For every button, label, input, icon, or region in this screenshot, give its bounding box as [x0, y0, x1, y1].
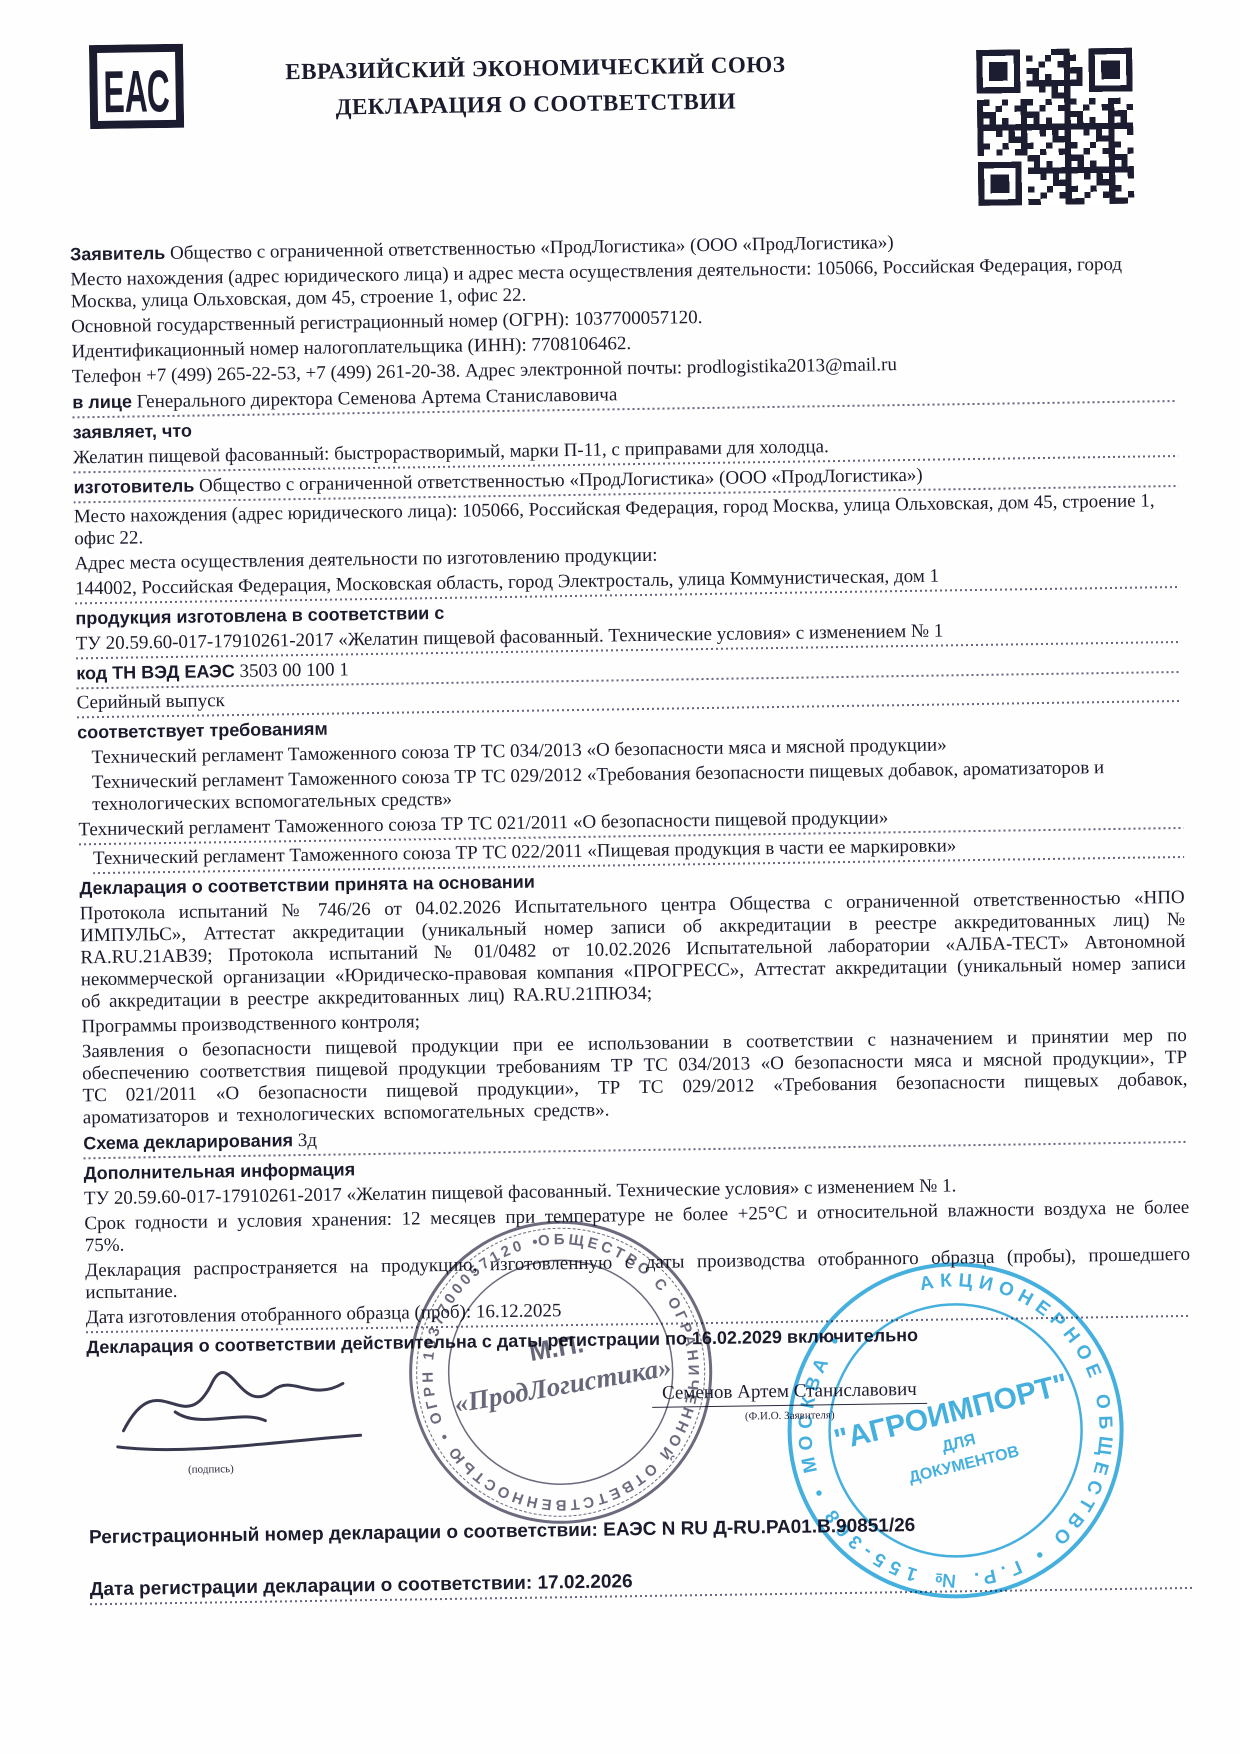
field-label: Заявитель — [70, 243, 166, 264]
signature-section: (подпись) Семенов Артем Станиславович (Ф… — [87, 1349, 1194, 1513]
handwritten-signature-icon — [104, 1349, 371, 1461]
field-label: изготовитель — [73, 476, 194, 498]
field-value: Заявления о безопасности пищевой продукц… — [82, 1025, 1188, 1128]
company-round-stamp-icon: ОБЩЕСТВО С ОГРАНИЧЕННОЙ ОТВЕТСТВЕННОСТЬЮ… — [380, 1192, 741, 1553]
field-value: Протокола испытаний № 746/26 от 04.02.20… — [80, 887, 1186, 1012]
company-stamp-mp: М.П. — [527, 1328, 586, 1367]
registration-date-label: Дата регистрации декларации о соответств… — [90, 1573, 533, 1601]
document-line: Заявления о безопасности пищевой продукц… — [82, 1025, 1188, 1129]
field-value: 3д — [298, 1130, 317, 1151]
agroimport-ring-text: АКЦИОНЕРНОЕ ОБЩЕСТВО • Г.Р. № 155-368 • … — [762, 1236, 1150, 1624]
field-label: Дополнительная информация — [84, 1159, 356, 1183]
field-value: 3503 00 100 1 — [239, 659, 349, 682]
field-label: в лице — [72, 392, 132, 413]
svg-text:ЕАС: ЕАС — [103, 59, 170, 126]
field-label: соответствует требованиям — [77, 719, 328, 743]
qr-code-icon — [976, 48, 1134, 206]
declaration-document: ЕАС ЕВРАЗИЙСКИЙ ЭКОНОМИЧЕСКИЙ СОЮЗ ДЕКЛА… — [0, 0, 1240, 1754]
title-line2: ДЕКЛАРАЦИЯ О СООТВЕТСТВИИ — [276, 83, 796, 127]
agroimport-for: ДЛЯ — [940, 1431, 977, 1456]
field-label: Декларация о соответствии принята на осн… — [79, 872, 535, 899]
document-line: Протокола испытаний № 746/26 от 04.02.20… — [80, 887, 1187, 1013]
field-label: Схема декларирования — [83, 1130, 293, 1153]
field-label: заявляет, что — [73, 421, 193, 443]
document-title: ЕВРАЗИЙСКИЙ ЭКОНОМИЧЕСКИЙ СОЮЗ ДЕКЛАРАЦИ… — [275, 47, 796, 127]
field-label: код ТН ВЭД ЕАЭС — [76, 661, 235, 683]
signature-caption: (подпись) — [188, 1463, 234, 1476]
field-value: Генерального директора Семенова Артема С… — [136, 384, 617, 412]
registration-date-value: 17.02.2026 — [537, 1571, 632, 1593]
field-value: Серийный выпуск — [77, 690, 225, 713]
document-body: Заявитель Общество с ограниченной ответс… — [70, 227, 1191, 1359]
document-header: ЕАС ЕВРАЗИЙСКИЙ ЭКОНОМИЧЕСКИЙ СОЮЗ ДЕКЛА… — [67, 29, 1175, 237]
field-value: Адрес места осуществления деятельности п… — [74, 545, 657, 575]
svg-text:АКЦИОНЕРНОЕ ОБЩЕСТВО • Г.Р. №: АКЦИОНЕРНОЕ ОБЩЕСТВО • Г.Р. № 155-368 • … — [762, 1236, 1150, 1624]
eac-logo-icon: ЕАС — [89, 44, 184, 129]
field-value: Программы производственного контроля; — [81, 1011, 420, 1037]
field-label: продукция изготовлена в соответствии с — [75, 603, 444, 628]
field-value: Идентификационный номер налогоплательщик… — [71, 333, 631, 362]
document-content: ЕАС ЕВРАЗИЙСКИЙ ЭКОНОМИЧЕСКИЙ СОЮЗ ДЕКЛА… — [67, 29, 1195, 1608]
